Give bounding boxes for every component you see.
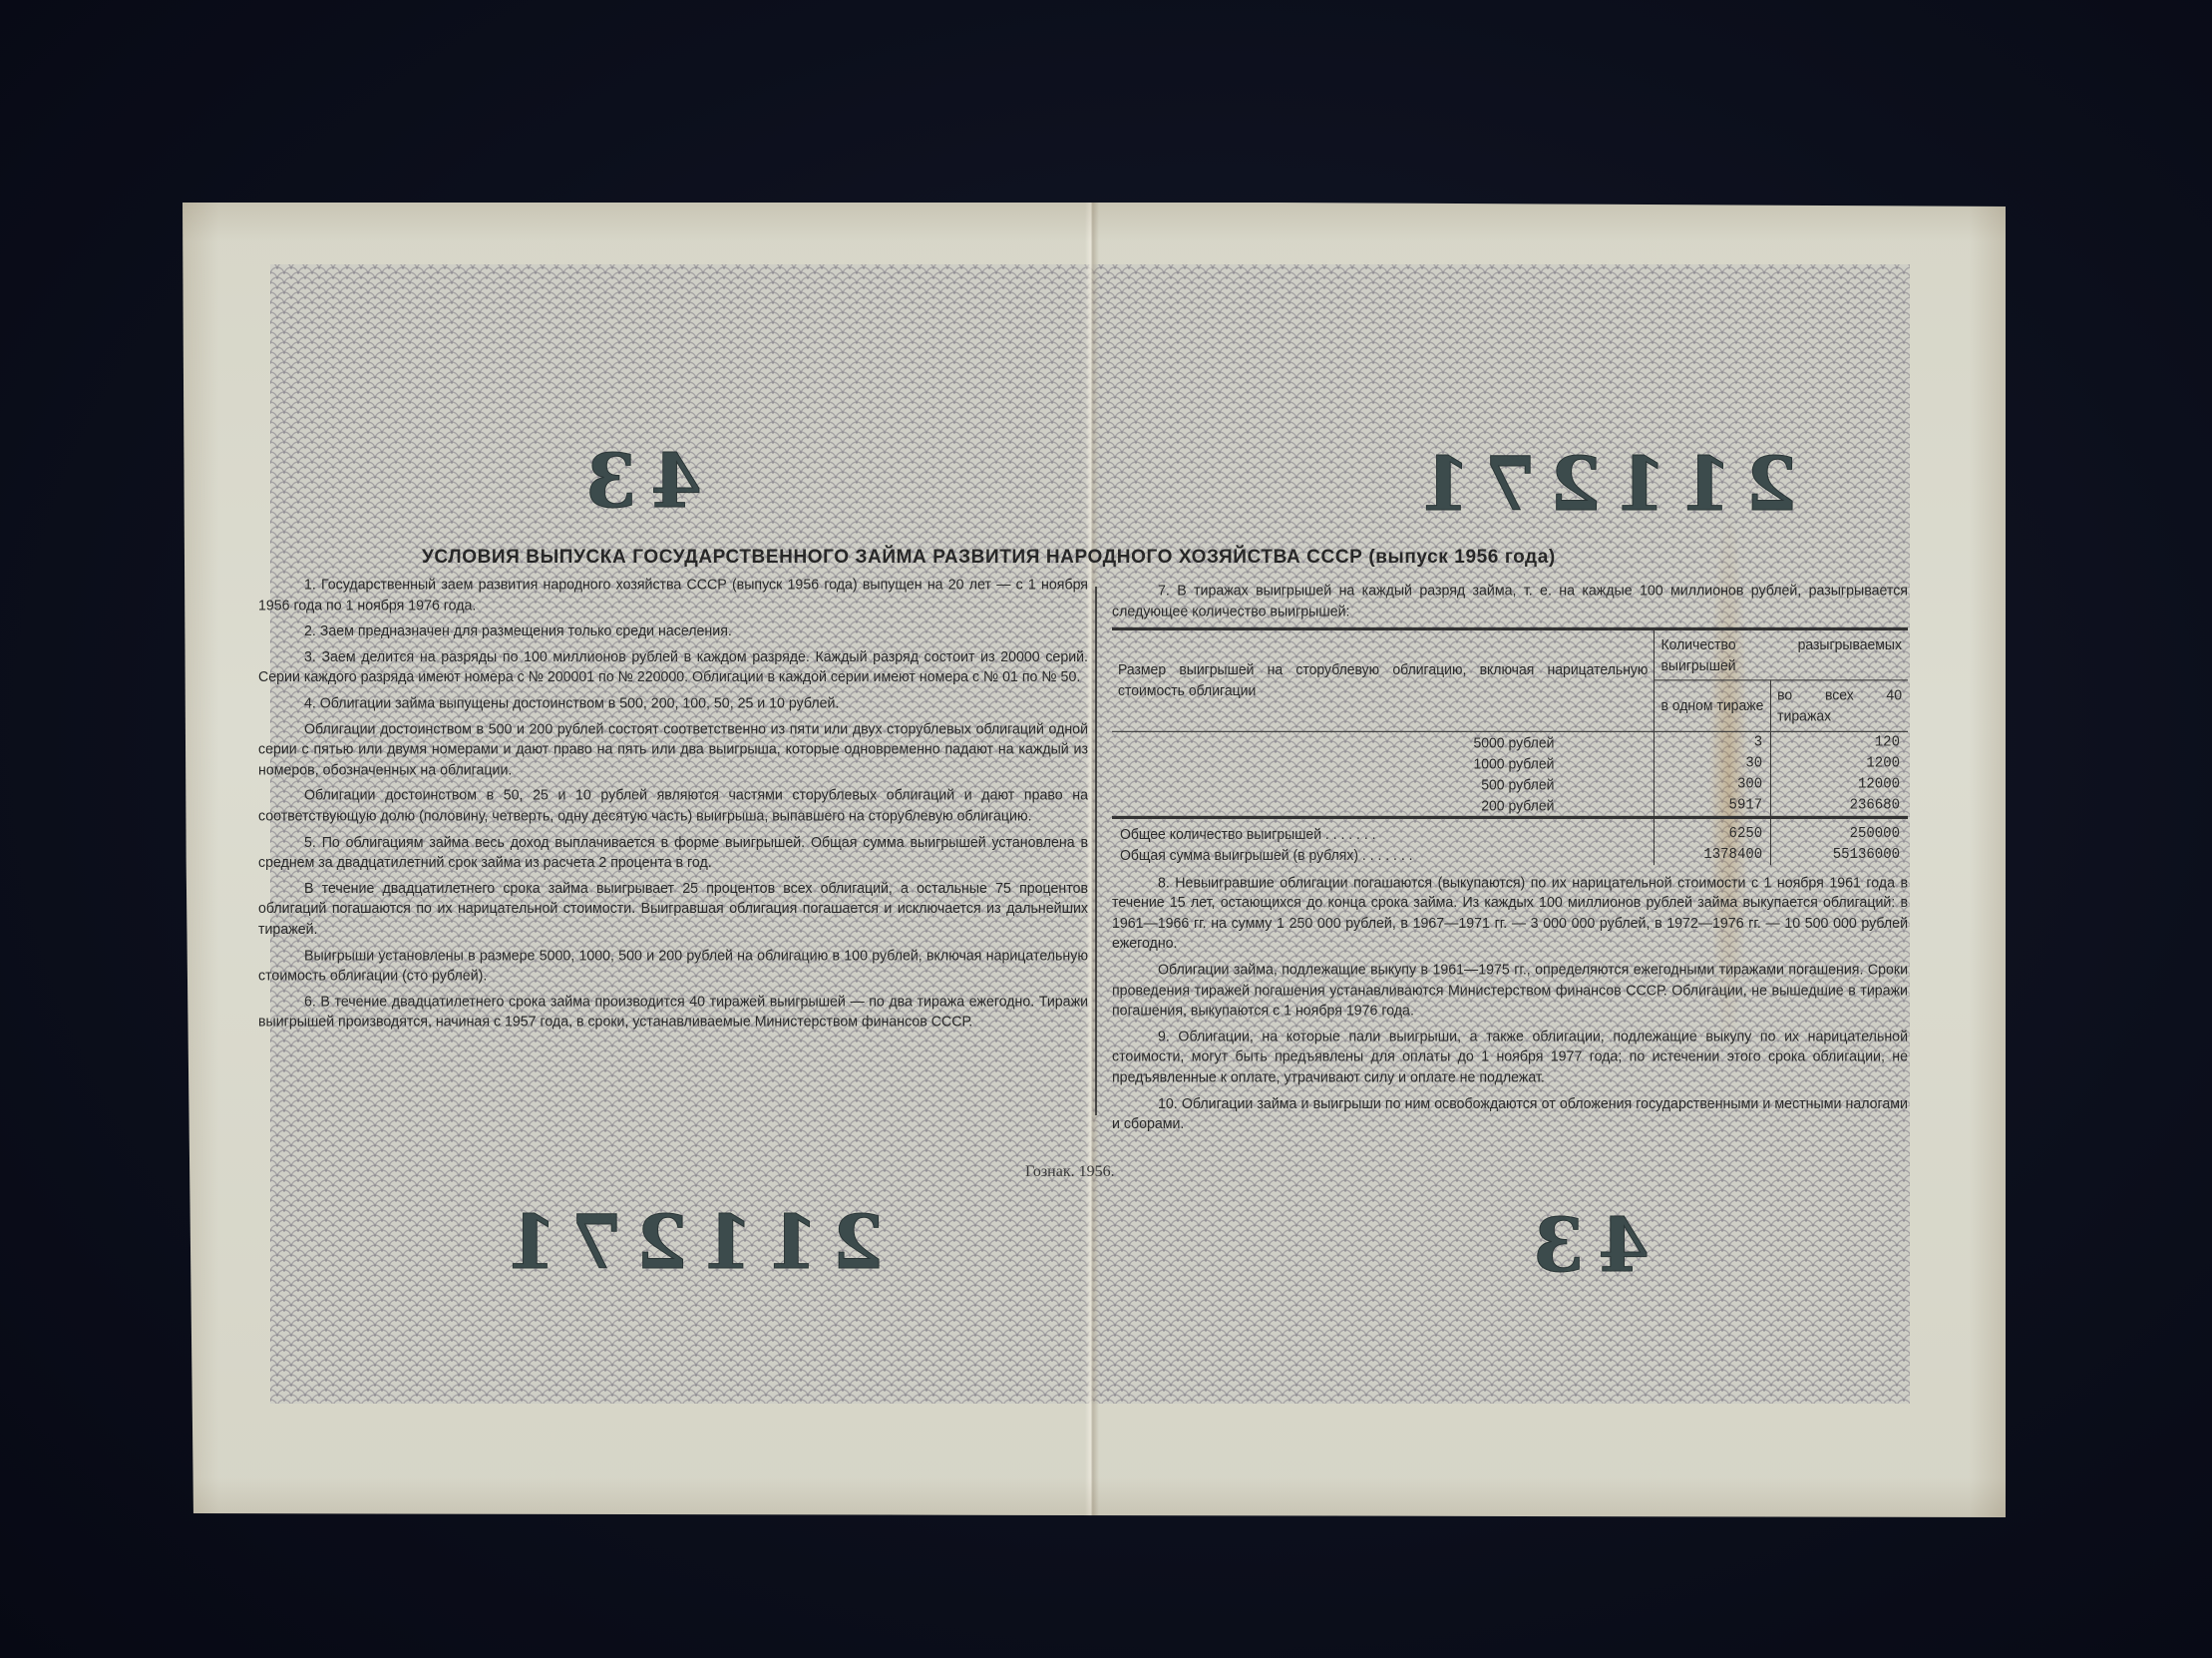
total-row: Общее количество выигрышей6250250000 [1112,823,1908,844]
prize-cell: 500 рублей [1112,773,1655,794]
title-text: Условия выпуска государственного займа р… [422,547,1362,568]
table-row: 1000 рублей301200 [1112,752,1908,773]
serial-number-bottom-left: 211271 [492,1200,884,1286]
per-draw-cell: 300 [1655,773,1771,794]
prize-cell: 200 рублей [1112,794,1655,817]
per-draw-cell: 30 [1655,752,1771,773]
total-row: Общая сумма выигрышей (в рублях)13784005… [1112,844,1908,865]
total-label: Общая сумма выигрышей (в рублях) [1112,844,1655,865]
total-all-draws: 55136000 [1771,844,1908,865]
table-row: 5000 рублей3120 [1112,731,1908,753]
clause-3: 3. Заем делится на разряды по 100 миллио… [258,647,1088,688]
clause-4-note-b: Облигации достоинством в 50, 25 и 10 руб… [258,786,1088,827]
serial-series-top-left: 43 [571,439,702,525]
table-row: 500 рублей30012000 [1112,773,1908,794]
clause-5-note-b: Выигрыши установлены в размере 5000, 100… [258,946,1088,987]
column-divider [1095,587,1097,1115]
bond-sheet: 43 211271 211271 43 Условия выпуска госу… [183,203,2006,1517]
document-title: Условия выпуска государственного займа р… [422,547,1898,569]
header-all-draws: во всех 40 тиражах [1771,680,1908,731]
clause-8: 8. Невыигравшие облигации погашаются (вы… [1112,873,1908,955]
serial-series-bottom-right: 43 [1519,1203,1650,1289]
clause-5: 5. По облигациям займа весь доход выплач… [258,833,1088,874]
clause-1: 1. Государственный заем развития народно… [258,576,1088,617]
total-per-draw: 6250 [1655,823,1771,844]
clause-4: 4. Облигации займа выпущены достоинством… [258,694,1088,715]
clause-2: 2. Заем предназначен для размещения толь… [258,622,1088,642]
title-year: (выпуск 1956 года) [1368,547,1555,568]
all-draws-cell: 12000 [1771,773,1908,794]
printer-imprint: Гознак. 1956. [1025,1163,1115,1181]
header-prize-size: Размер выигрышей на сторублевую облигаци… [1112,629,1655,731]
clause-10: 10. Облигации займа и выигрыши по ним ос… [1112,1094,1908,1135]
all-draws-cell: 120 [1771,731,1908,753]
clause-7: 7. В тиражах выигрышей на каждый разряд … [1112,582,1908,622]
all-draws-cell: 1200 [1771,752,1908,773]
header-per-draw: в одном тираже [1655,680,1771,731]
prize-table: Размер выигрышей на сторублевую облигаци… [1112,627,1908,865]
table-row: 200 рублей5917236680 [1112,794,1908,817]
all-draws-cell: 236680 [1771,794,1908,817]
prize-cell: 1000 рублей [1112,752,1655,773]
prize-cell: 5000 рублей [1112,731,1655,753]
clause-6: 6. В течение двадцатилетнего срока займа… [258,993,1088,1034]
clause-8-note: Облигации займа, подлежащие выкупу в 196… [1112,961,1908,1023]
clause-9: 9. Облигации, на которые пали выигрыши, … [1112,1028,1908,1089]
header-prize-count: Количество разыгрываемых выигрышей [1655,629,1908,681]
total-all-draws: 250000 [1771,823,1908,844]
conditions-right-column: 7. В тиражах выигрышей на каждый разряд … [1112,582,1908,1140]
per-draw-cell: 5917 [1655,794,1771,817]
serial-number-top-right: 211271 [1405,442,1797,528]
per-draw-cell: 3 [1655,731,1771,753]
clause-5-note-a: В течение двадцатилетнего срока займа вы… [258,879,1088,941]
total-label: Общее количество выигрышей [1112,823,1655,844]
clause-4-note-a: Облигации достоинством в 500 и 200 рубле… [258,719,1088,781]
conditions-left-column: 1. Государственный заем развития народно… [258,576,1088,1038]
total-per-draw: 1378400 [1655,844,1771,865]
